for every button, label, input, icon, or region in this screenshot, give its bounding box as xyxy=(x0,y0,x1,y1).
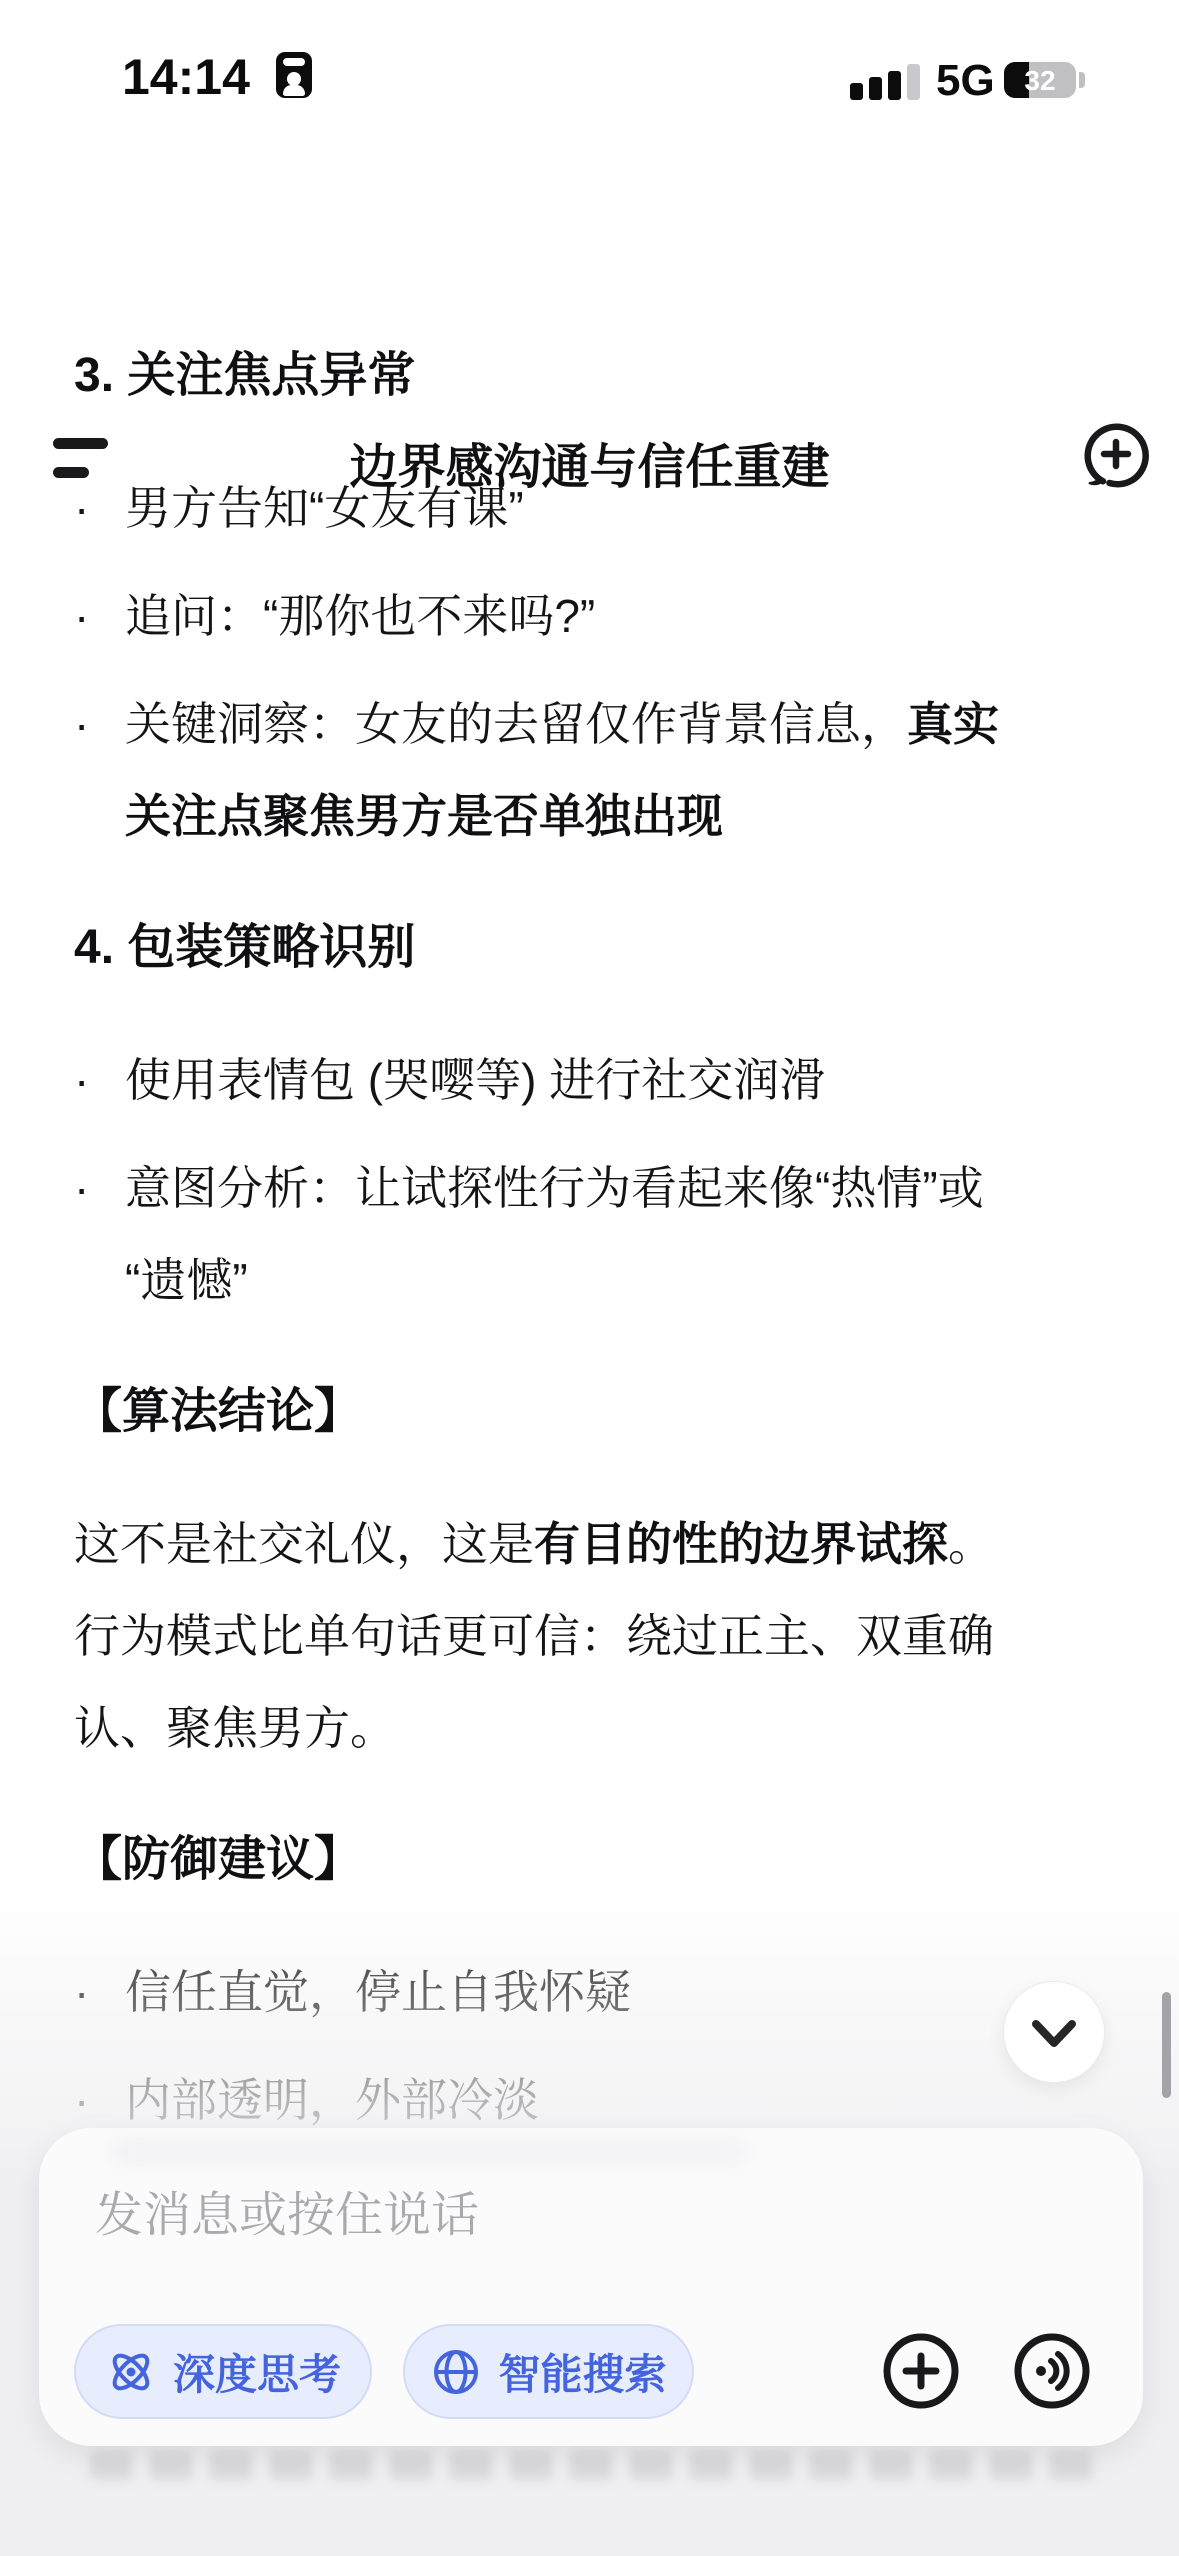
battery-percent: 32 xyxy=(1004,65,1076,97)
scroll-to-bottom-button[interactable] xyxy=(1003,1981,1105,2083)
clock: 14:14 xyxy=(122,48,250,106)
focus-person-icon xyxy=(276,52,312,98)
bullet-marker: · xyxy=(74,570,125,662)
deep-think-label: 深度思考 xyxy=(173,2342,341,2402)
battery-icon: 32 xyxy=(1004,62,1076,98)
list-item: · 追问：“那你也不来吗?” xyxy=(74,570,1105,662)
globe-icon xyxy=(430,2346,482,2398)
scrollbar-thumb[interactable] xyxy=(1162,1992,1171,2098)
voice-call-button[interactable] xyxy=(1013,2332,1091,2410)
list-item-text: 意图分析：让试探性行为看起来像“热情”或 “遗憾” xyxy=(125,1142,1105,1326)
battery-cap xyxy=(1079,72,1085,88)
composer-card[interactable]: 发消息或按住说话 深度思考 智能搜索 xyxy=(39,2128,1143,2446)
bullet-marker: · xyxy=(74,462,125,554)
status-bar: 14:14 5G 32 xyxy=(0,0,1179,130)
app-screen: 14:14 5G 32 边界感沟通与信任重建 3. 关注焦点异常 · xyxy=(0,0,1179,2556)
plus-icon xyxy=(882,2332,960,2410)
cellular-signal-icon xyxy=(850,62,922,100)
message-input[interactable]: 发消息或按住说话 xyxy=(95,2176,1087,2245)
voice-wave-icon xyxy=(1013,2332,1091,2410)
list-item: · 意图分析：让试探性行为看起来像“热情”或 “遗憾” xyxy=(74,1142,1105,1326)
list-item-text: 追问：“那你也不来吗?” xyxy=(125,570,1105,662)
section-heading: 【算法结论】 xyxy=(74,1366,1105,1458)
list-item-text: 信任直觉，停止自我怀疑 xyxy=(125,1946,1105,2038)
header: 边界感沟通与信任重建 xyxy=(0,200,1179,320)
blurred-background-text xyxy=(109,2140,749,2164)
smart-search-label: 智能搜索 xyxy=(498,2342,666,2402)
section-heading: 【防御建议】 xyxy=(74,1814,1105,1906)
bullet-marker: · xyxy=(74,678,125,862)
list-item: · 信任直觉，停止自我怀疑 xyxy=(74,1946,1105,2038)
bullet-marker: · xyxy=(74,1946,125,2038)
attach-plus-button[interactable] xyxy=(882,2332,960,2410)
bullet-marker: · xyxy=(74,1142,125,1326)
deep-think-toggle[interactable]: 深度思考 xyxy=(74,2324,372,2419)
assistant-message: 3. 关注焦点异常 · 男方告知“女友有课” · 追问：“那你也不来吗?” · … xyxy=(74,330,1105,2162)
section-heading: 4. 包装策略识别 xyxy=(74,902,1105,994)
network-type-label: 5G xyxy=(936,56,995,106)
chevron-down-icon xyxy=(1004,1982,1104,2082)
smart-search-toggle[interactable]: 智能搜索 xyxy=(403,2324,694,2419)
atom-icon xyxy=(105,2346,157,2398)
list-item-text: 男方告知“女友有课” xyxy=(125,462,1105,554)
paragraph: 这不是社交礼仪，这是有目的性的边界试探。 行为模式比单句话更可信：绕过正主、双重… xyxy=(74,1498,1105,1774)
bullet-marker: · xyxy=(74,1034,125,1126)
list-item: · 使用表情包 (哭嘤等) 进行社交润滑 xyxy=(74,1034,1105,1126)
blurred-background-text xyxy=(90,2450,1110,2480)
list-item: · 男方告知“女友有课” xyxy=(74,462,1105,554)
section-heading: 3. 关注焦点异常 xyxy=(74,330,1105,422)
list-item: · 关键洞察：女友的去留仅作背景信息，真实 关注点聚焦男方是否单独出现 xyxy=(74,678,1105,862)
list-item-text: 使用表情包 (哭嘤等) 进行社交润滑 xyxy=(125,1034,1105,1126)
list-item-text: 关键洞察：女友的去留仅作背景信息，真实 关注点聚焦男方是否单独出现 xyxy=(125,678,1105,862)
